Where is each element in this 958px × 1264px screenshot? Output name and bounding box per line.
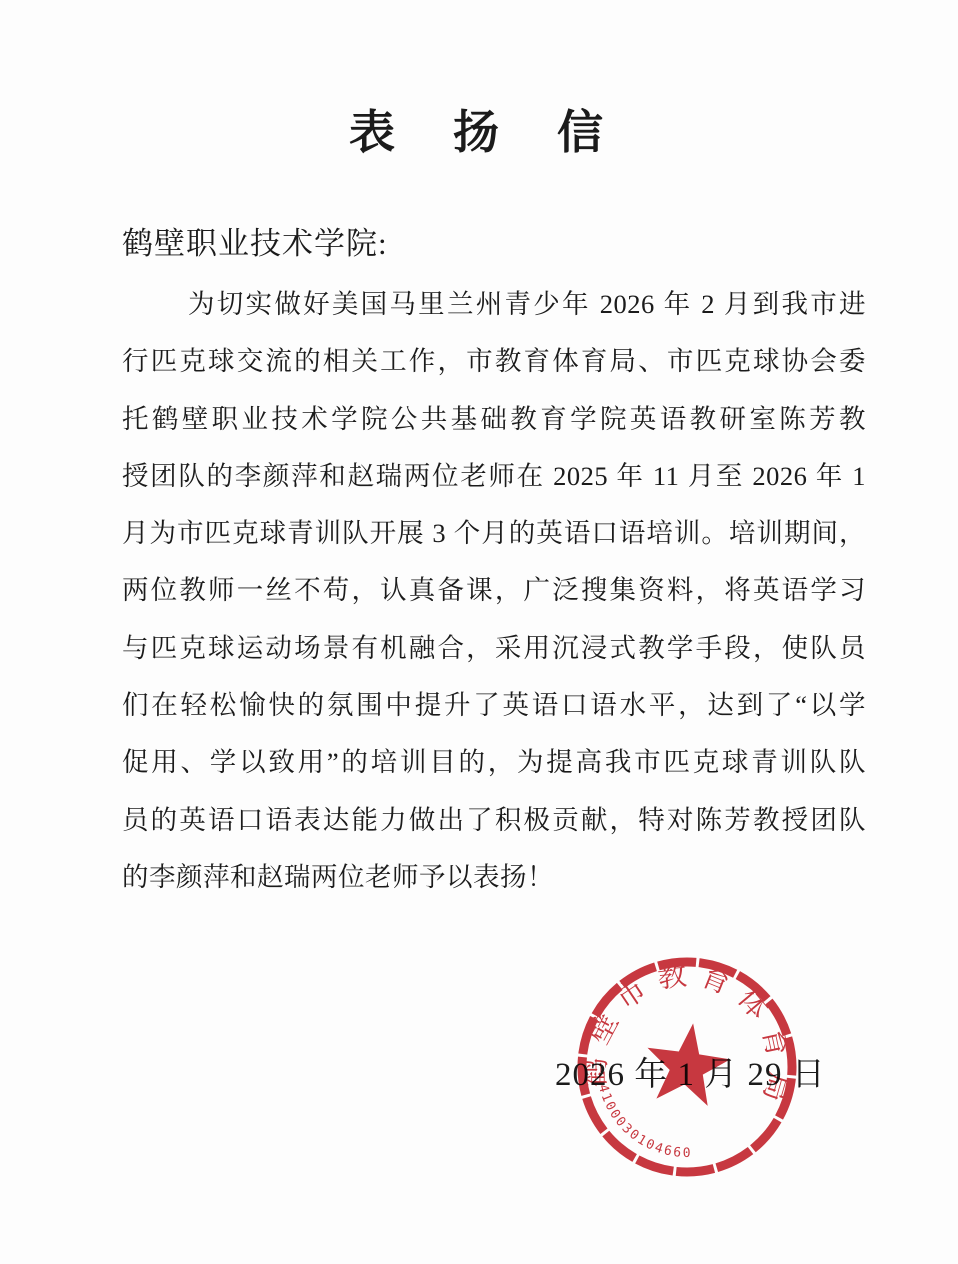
- letter-page: 表 扬 信 鹤壁职业技术学院: 为切实做好美国马里兰州青少年 2026 年 2 …: [0, 0, 958, 1264]
- letter-title: 表 扬 信: [0, 96, 958, 162]
- body-line: 授团队的李颜萍和赵瑞两位老师在 2025 年 11 月至 2026 年 1: [122, 448, 866, 505]
- body-line: 行匹克球交流的相关工作，市教育体育局、市匹克球协会委: [122, 333, 866, 390]
- body-line: 与匹克球运动场景有机融合，采用沉浸式教学手段，使队员: [122, 620, 866, 677]
- body-line: 托鹤壁职业技术学院公共基础教育学院英语教研室陈芳教: [122, 391, 866, 448]
- body-line: 们在轻松愉快的氛围中提升了英语口语水平，达到了“以学: [122, 677, 866, 734]
- body-line: 促用、学以致用”的培训目的，为提高我市匹克球青训队队: [122, 734, 866, 791]
- salutation: 鹤壁职业技术学院:: [122, 222, 388, 266]
- body-line: 员的英语口语表达能力做出了积极贡献，特对陈芳教授团队: [122, 792, 866, 849]
- body-line: 两位教师一丝不苟，认真备课，广泛搜集资料，将英语学习: [122, 562, 866, 619]
- body-line: 为切实做好美国马里兰州青少年 2026 年 2 月到我市进: [122, 276, 866, 333]
- date-line: 2026 年 1 月 29 日: [555, 1048, 826, 1095]
- body-line: 月为市匹克球青训队开展 3 个月的英语口语培训。培训期间，: [122, 505, 866, 562]
- body-line: 的李颜萍和赵瑞两位老师予以表扬！: [122, 849, 866, 906]
- body-text: 为切实做好美国马里兰州青少年 2026 年 2 月到我市进行匹克球交流的相关工作…: [122, 276, 866, 906]
